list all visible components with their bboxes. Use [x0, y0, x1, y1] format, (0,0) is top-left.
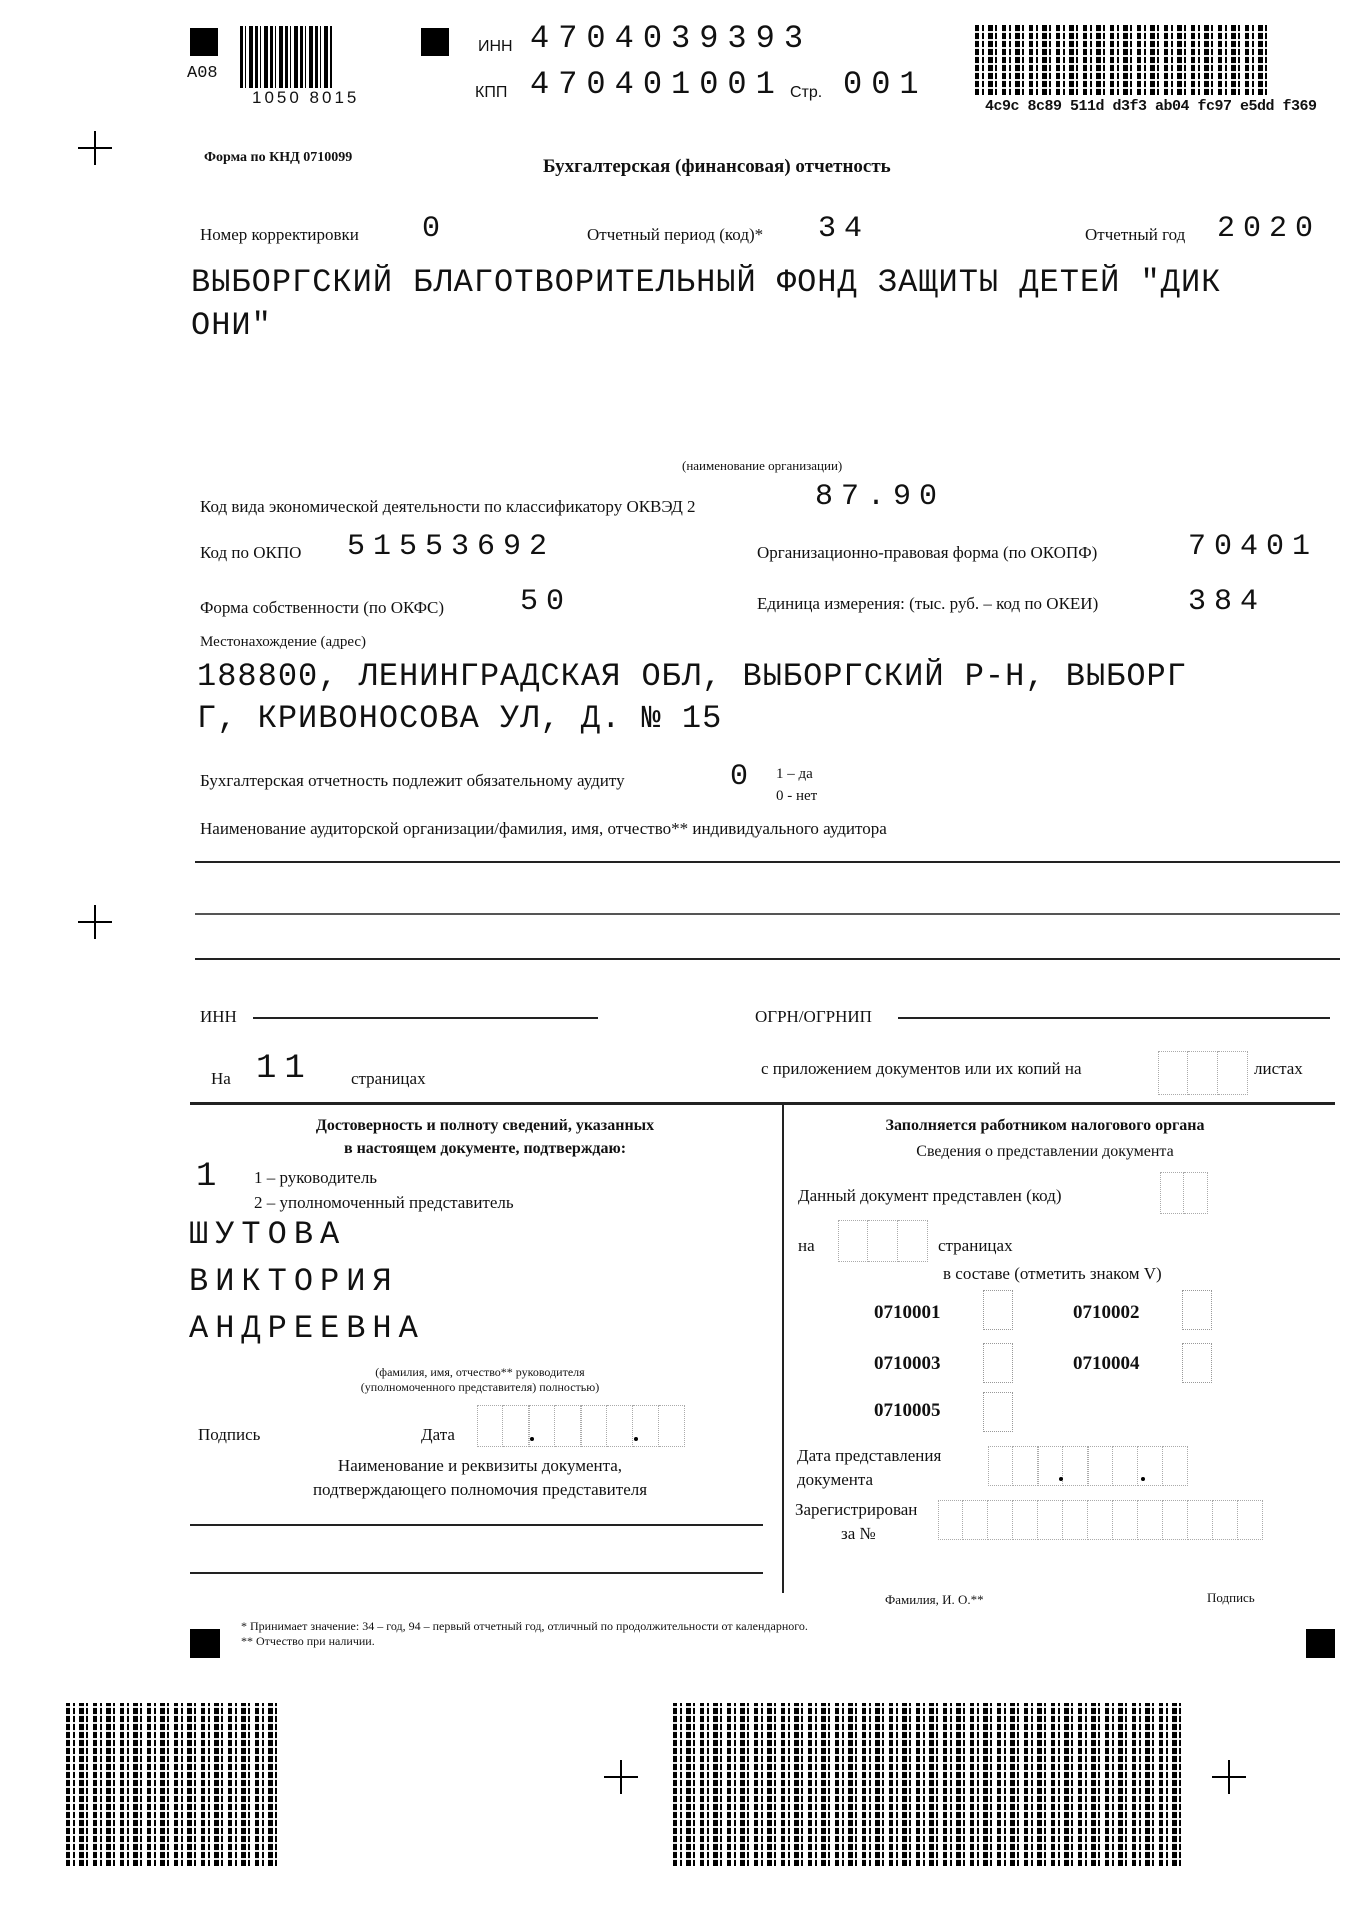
signature-date-input[interactable] [477, 1405, 685, 1447]
period-value: 34 [818, 212, 870, 246]
submission-date-label-line1: Дата представления [797, 1446, 941, 1466]
footnote-2: ** Отчество при наличии. [241, 1634, 375, 1649]
address-label: Местонахождение (адрес) [200, 634, 366, 651]
date-separator-dot [1141, 1477, 1145, 1481]
signer-code: 1 [196, 1158, 224, 1196]
date-separator-dot [1059, 1477, 1063, 1481]
form-0710002-checkbox[interactable] [1182, 1290, 1212, 1330]
form-0710002-label: 0710002 [1073, 1302, 1140, 1324]
page-value: 001 [843, 66, 928, 103]
submission-date-label-line2: документа [797, 1470, 873, 1490]
composition-label: в составе (отметить знаком V) [943, 1264, 1162, 1284]
address-line1: 188800, ЛЕНИНГРАДСКАЯ ОБЛ, ВЫБОРГСКИЙ Р-… [197, 658, 1187, 695]
form-0710003-label: 0710003 [874, 1353, 941, 1375]
okopf-label: Организационно-правовая форма (по ОКОПФ) [757, 543, 1097, 563]
signature-label: Подпись [198, 1425, 260, 1445]
pages-count: 11 [256, 1050, 313, 1088]
registration-mark [78, 905, 112, 939]
form-0710005-label: 0710005 [874, 1400, 941, 1422]
okved-value: 87.90 [815, 480, 945, 514]
signer-option1: 1 – руководитель [254, 1168, 377, 1188]
pages-on-label: На [211, 1069, 231, 1089]
auditor-line [195, 861, 1340, 863]
date-separator-dot [634, 1437, 638, 1441]
signer-option2: 2 – уполномоченный представитель [254, 1193, 514, 1213]
page-title: Бухгалтерская (финансовая) отчетность [543, 156, 891, 178]
okopf-value: 70401 [1188, 530, 1318, 564]
pages-label: страницах [351, 1069, 426, 1089]
tax-pages-label: страницах [938, 1236, 1013, 1256]
address-line2: Г, КРИВОНОСОВА УЛ, Д. № 15 [197, 700, 722, 737]
2d-barcode [673, 1703, 1184, 1866]
tax-pages-input[interactable] [838, 1220, 928, 1262]
okpo-label: Код по ОКПО [200, 543, 301, 563]
auditor-inn-label: ИНН [200, 1007, 237, 1027]
attachments-label: с приложением документов или их копий на [761, 1059, 1082, 1079]
form-0710005-checkbox[interactable] [983, 1392, 1013, 1432]
signer-surname: ШУТОВА [189, 1216, 346, 1253]
section-divider [190, 1102, 1335, 1105]
document-hash: 4c9c 8c89 511d d3f3 ab04 fc97 e5dd f369 [985, 98, 1317, 115]
year-value: 2020 [1217, 212, 1321, 246]
registered-label-line2: за № [841, 1524, 876, 1544]
submission-date-input[interactable] [988, 1446, 1188, 1486]
form-code: A08 [187, 64, 218, 83]
attachments-sheets-input[interactable] [1158, 1051, 1248, 1095]
correction-label: Номер корректировки [200, 225, 359, 245]
registration-mark [78, 131, 112, 165]
tax-officer-signature-label: Подпись [1207, 1590, 1255, 1606]
knd-form: Форма по КНД 0710099 [204, 150, 352, 166]
auditor-label: Наименование аудиторской организации/фам… [200, 819, 887, 839]
sheets-label: листах [1254, 1059, 1303, 1079]
auditor-inn-line [253, 1017, 598, 1019]
signer-patronymic: АНДРЕЕВНА [189, 1310, 425, 1347]
tax-office-subtitle: Сведения о представлении документа [785, 1143, 1305, 1161]
period-label: Отчетный период (код)* [587, 225, 763, 245]
okved-label: Код вида экономической деятельности по к… [200, 497, 696, 517]
form-0710001-label: 0710001 [874, 1302, 941, 1324]
organization-name-line2: ОНИ" [191, 307, 272, 344]
registration-mark [604, 1760, 638, 1794]
okei-value: 384 [1188, 585, 1266, 619]
tax-office-title: Заполняется работником налогового органа [785, 1117, 1305, 1135]
okei-label: Единица измерения: (тыс. руб. – код по О… [757, 594, 1098, 614]
2d-barcode [975, 25, 1268, 95]
signer-first-name: ВИКТОРИЯ [189, 1263, 399, 1300]
linear-barcode [240, 26, 332, 88]
audit-option-yes: 1 – да [776, 766, 813, 783]
column-divider [782, 1103, 784, 1593]
authority-doc-caption-line1: Наименование и реквизиты документа, [180, 1456, 780, 1476]
date-label: Дата [421, 1425, 455, 1445]
okpo-value: 51553692 [347, 530, 555, 564]
date-separator-dot [530, 1437, 534, 1441]
inn-label: ИНН [478, 38, 513, 56]
form-0710004-label: 0710004 [1073, 1353, 1140, 1375]
2d-barcode [66, 1703, 280, 1866]
organization-name-line1: ВЫБОРГСКИЙ БЛАГОТВОРИТЕЛЬНЫЙ ФОНД ЗАЩИТЫ… [191, 264, 1221, 301]
registration-mark [1212, 1760, 1246, 1794]
corner-marker [1306, 1629, 1335, 1658]
tax-officer-fio-label: Фамилия, И. О.** [885, 1592, 984, 1608]
inn-value: 4704039393 [530, 20, 812, 57]
corner-marker [190, 1629, 220, 1658]
footnote-1: * Принимает значение: 34 – год, 94 – пер… [241, 1619, 808, 1634]
kpp-label: КПП [475, 84, 507, 102]
form-0710001-checkbox[interactable] [983, 1290, 1013, 1330]
fio-caption-line2: (уполномоченного представителя) полность… [180, 1380, 780, 1395]
form-0710004-checkbox[interactable] [1182, 1343, 1212, 1383]
corner-marker [190, 28, 218, 56]
audit-option-no: 0 - нет [776, 788, 817, 805]
okfs-value: 50 [520, 585, 572, 619]
registration-number-input[interactable] [938, 1500, 1263, 1540]
barcode-number: 1050 8015 [252, 88, 359, 108]
auditor-line [195, 958, 1340, 960]
organization-name-caption: (наименование организации) [682, 458, 842, 474]
page-label: Стр. [790, 84, 822, 102]
confirmation-title-line2: в настоящем документе, подтверждаю: [190, 1140, 780, 1158]
confirmation-title-line1: Достоверность и полноту сведений, указан… [190, 1117, 780, 1135]
auditor-ogrn-line [898, 1017, 1330, 1019]
registered-label-line1: Зарегистрирован [795, 1500, 917, 1520]
audit-label: Бухгалтерская отчетность подлежит обязат… [200, 771, 625, 791]
tax-pages-on-label: на [798, 1236, 815, 1256]
authority-doc-caption-line2: подтверждающего полномочия представителя [180, 1480, 780, 1500]
form-0710003-checkbox[interactable] [983, 1343, 1013, 1383]
submitted-code-input[interactable] [1160, 1172, 1208, 1214]
submitted-code-label: Данный документ представлен (код) [798, 1186, 1061, 1206]
corner-marker [421, 28, 449, 56]
authority-doc-line [190, 1572, 763, 1574]
okfs-label: Форма собственности (по ОКФС) [200, 598, 444, 618]
year-label: Отчетный год [1085, 225, 1185, 245]
auditor-ogrn-label: ОГРН/ОГРНИП [755, 1007, 872, 1027]
correction-value: 0 [422, 212, 448, 246]
audit-value: 0 [730, 760, 756, 794]
kpp-value: 470401001 [530, 66, 784, 103]
auditor-line [195, 913, 1340, 915]
fio-caption-line1: (фамилия, имя, отчество** руководителя [180, 1365, 780, 1380]
authority-doc-line [190, 1524, 763, 1526]
